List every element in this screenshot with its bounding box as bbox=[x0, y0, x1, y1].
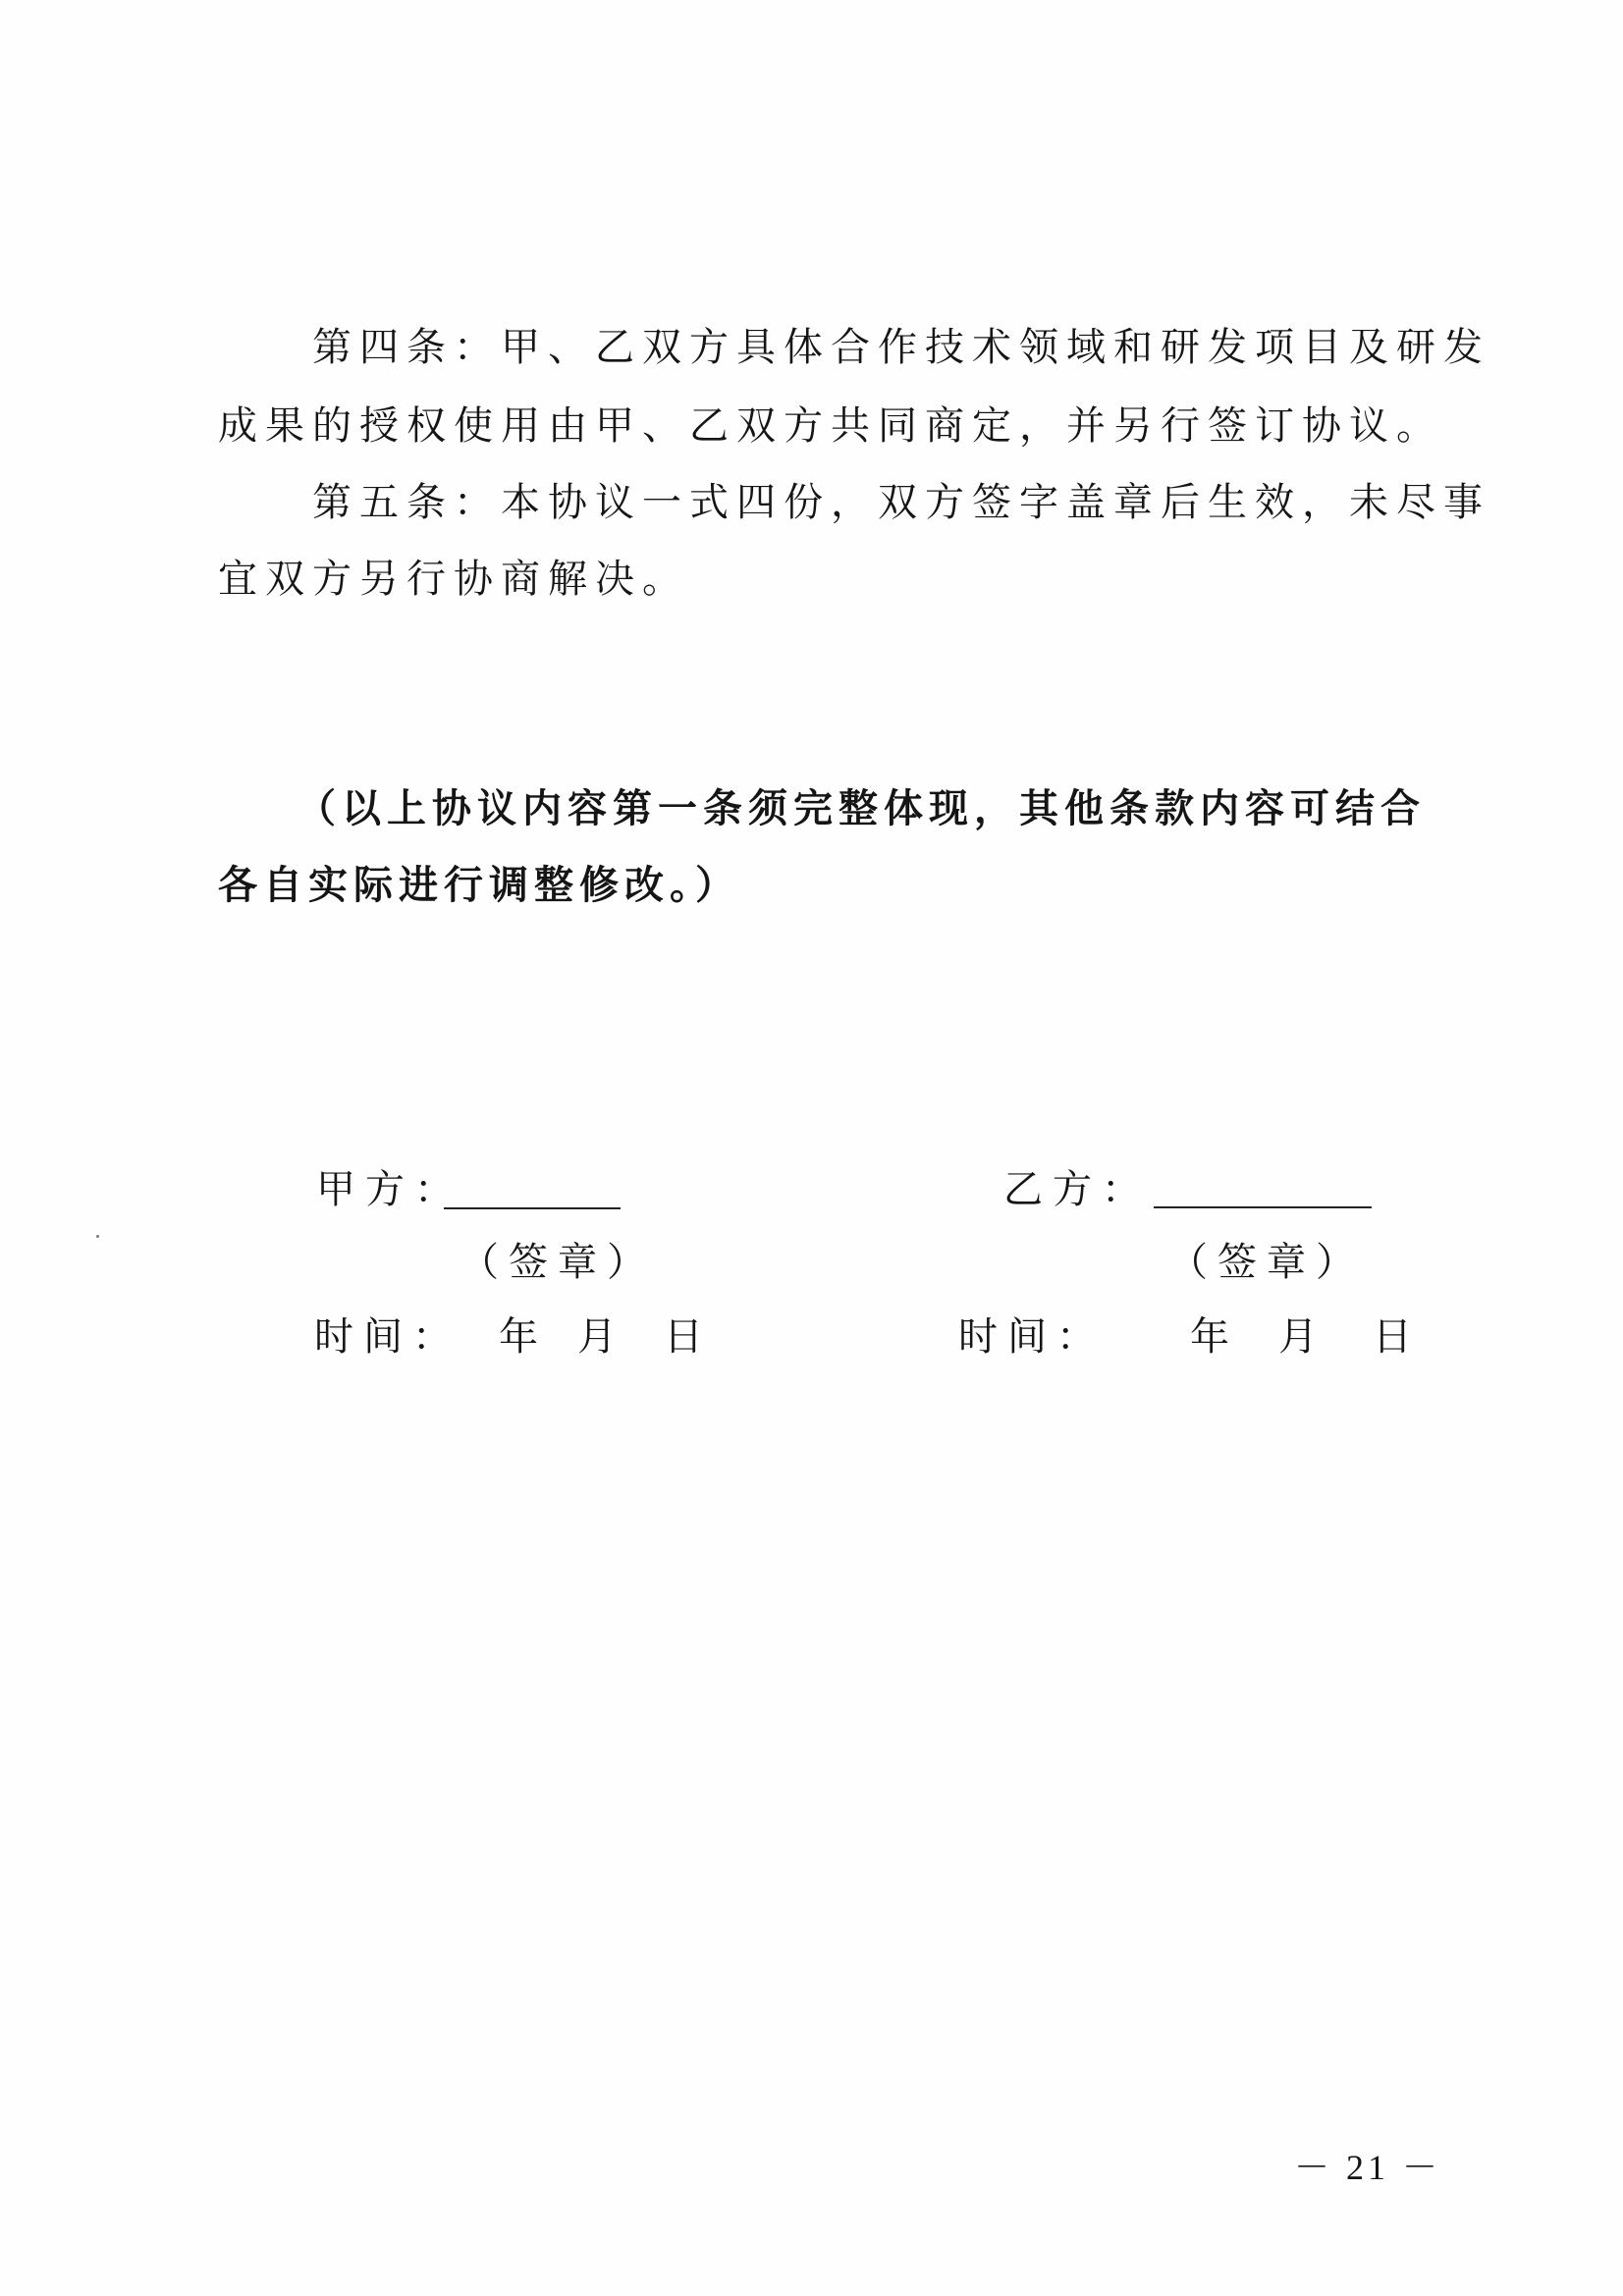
party-a-month-label: 月 bbox=[577, 1313, 617, 1361]
article-5-line-1: 第五条：本协议一式四份，双方签字盖章后生效，未尽事 bbox=[218, 479, 1406, 526]
article-5-line-2: 宜双方另行协商解决。 bbox=[218, 556, 1406, 603]
party-b-day-label: 日 bbox=[1373, 1313, 1412, 1361]
party-a-signature-line bbox=[444, 1207, 621, 1209]
article-4-line-1: 第四条：甲、乙双方具体合作技术领域和研发项目及研发 bbox=[218, 324, 1406, 371]
note-line-1: （以上协议内容第一条须完整体现，其他条款内容可结合 bbox=[218, 785, 1406, 832]
party-b-seal-label: （签章） bbox=[1168, 1239, 1365, 1286]
page-number: － 21 － bbox=[1294, 2146, 1441, 2189]
party-a-seal-label: （签章） bbox=[460, 1239, 656, 1286]
party-b-year-label: 年 bbox=[1190, 1313, 1229, 1361]
party-a-year-label: 年 bbox=[499, 1313, 538, 1361]
party-a-day-label: 日 bbox=[664, 1313, 703, 1361]
note-line-2: 各自实际进行调整修改。） bbox=[218, 862, 1406, 909]
party-a-label: 甲方： bbox=[316, 1166, 463, 1213]
party-b-month-label: 月 bbox=[1278, 1313, 1318, 1361]
party-b-label: 乙方： bbox=[1003, 1166, 1151, 1213]
party-b-time-label: 时间： bbox=[958, 1313, 1106, 1361]
article-4-line-2: 成果的授权使用由甲、乙双方共同商定，并另行签订协议。 bbox=[218, 402, 1406, 450]
scan-speck bbox=[96, 1235, 99, 1238]
party-b-signature-line bbox=[1154, 1206, 1372, 1208]
party-a-time-label: 时间： bbox=[314, 1313, 461, 1361]
document-page: 第四条：甲、乙双方具体合作技术领域和研发项目及研发 成果的授权使用由甲、乙双方共… bbox=[0, 0, 1623, 2296]
